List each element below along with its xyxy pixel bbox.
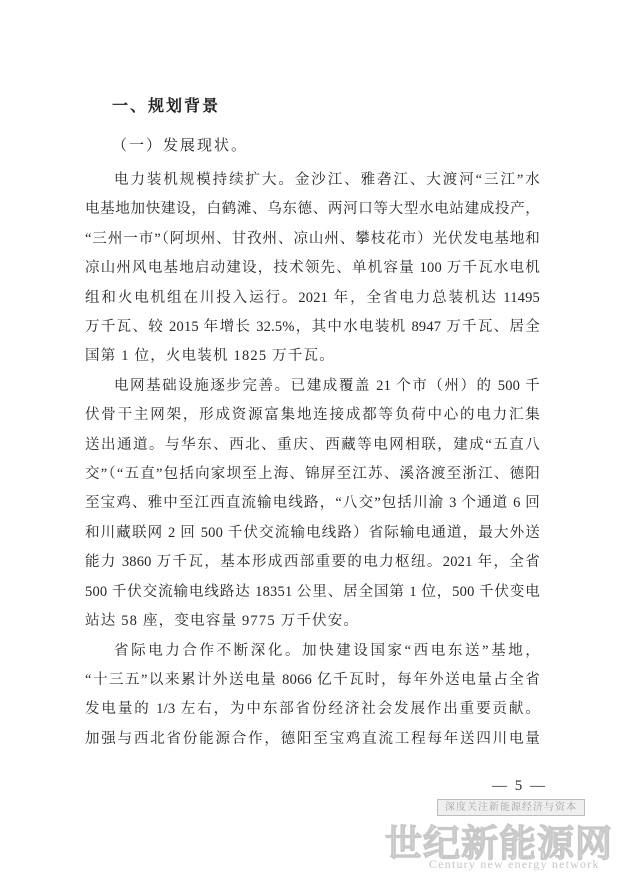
document-page: 一、规划背景 （一）发展现状。 电力装机规模持续扩大。金沙江、雅砻江、大渡河“三…	[0, 0, 620, 876]
body-line: 能力 3860 万千瓦，基本形成西部重要的电力枢纽。2021 年，全省	[85, 548, 540, 577]
body-line: 电基地加快建设，白鹤滩、乌东德、两河口等大型水电站建成投产，	[85, 195, 540, 224]
body-line: 发电量的 1/3 左右，为中东部省份经济社会发展作出重要贡献。	[85, 695, 540, 724]
section-heading: 一、规划背景	[112, 96, 540, 118]
body-line: 交”（“五直”包括向家坝至上海、锦屏至江苏、溪洛渡至浙江、德阳	[85, 460, 540, 489]
body-line: 500 千伏交流输电线路达 18351 公里、居全国第 1 位，500 千伏变电	[85, 578, 540, 607]
body-line: 国第 1 位，火电装机 1825 万千瓦。	[85, 342, 540, 371]
body-line: 加强与西北省份能源合作，德阳至宝鸡直流工程每年送四川电量	[85, 725, 540, 754]
body-line: 站达 58 座，变电容量 9775 万千伏安。	[85, 607, 540, 636]
body-line: 电力装机规模持续扩大。金沙江、雅砻江、大渡河“三江”水	[85, 166, 540, 195]
body-line: “十三五”以来累计外送电量 8066 亿千瓦时，每年外送电量占全省	[85, 666, 540, 695]
document-content: 一、规划背景 （一）发展现状。 电力装机规模持续扩大。金沙江、雅砻江、大渡河“三…	[85, 96, 540, 754]
body-line: 至宝鸡、雅中至江西直流输电线路，“八交”包括川渝 3 个通道 6 回	[85, 489, 540, 518]
body-line: 伏骨干主网架，形成资源富集地连接成都等负荷中心的电力汇集	[85, 401, 540, 430]
subsection-heading: （一）发展现状。	[112, 135, 540, 157]
body-paragraphs: 电力装机规模持续扩大。金沙江、雅砻江、大渡河“三江”水电基地加快建设，白鹤滩、乌…	[85, 166, 540, 754]
body-line: 和川藏联网 2 回 500 千伏交流输电线路）省际输电通道，最大外送	[85, 519, 540, 548]
watermark-english-text: Century new energy network	[429, 857, 600, 872]
page-number: — 5 —	[492, 778, 547, 795]
body-line: 凉山州风电基地启动建设，技术领先、单机容量 100 万千瓦水电机	[85, 254, 540, 283]
body-line: “三州一市”（阿坝州、甘孜州、凉山州、攀枝花市）光伏发电基地和	[85, 225, 540, 254]
body-line: 电网基础设施逐步完善。已建成覆盖 21 个市（州）的 500 千	[85, 372, 540, 401]
body-line: 送出通道。与华东、西北、重庆、西藏等电网相联，建成“五直八	[85, 431, 540, 460]
body-line: 万千瓦、较 2015 年增长 32.5%，其中水电装机 8947 万千瓦、居全	[85, 313, 540, 342]
body-line: 省际电力合作不断深化。加快建设国家“西电东送”基地，	[85, 637, 540, 666]
body-line: 组和火电机组在川投入运行。2021 年，全省电力总装机达 11495	[85, 284, 540, 313]
